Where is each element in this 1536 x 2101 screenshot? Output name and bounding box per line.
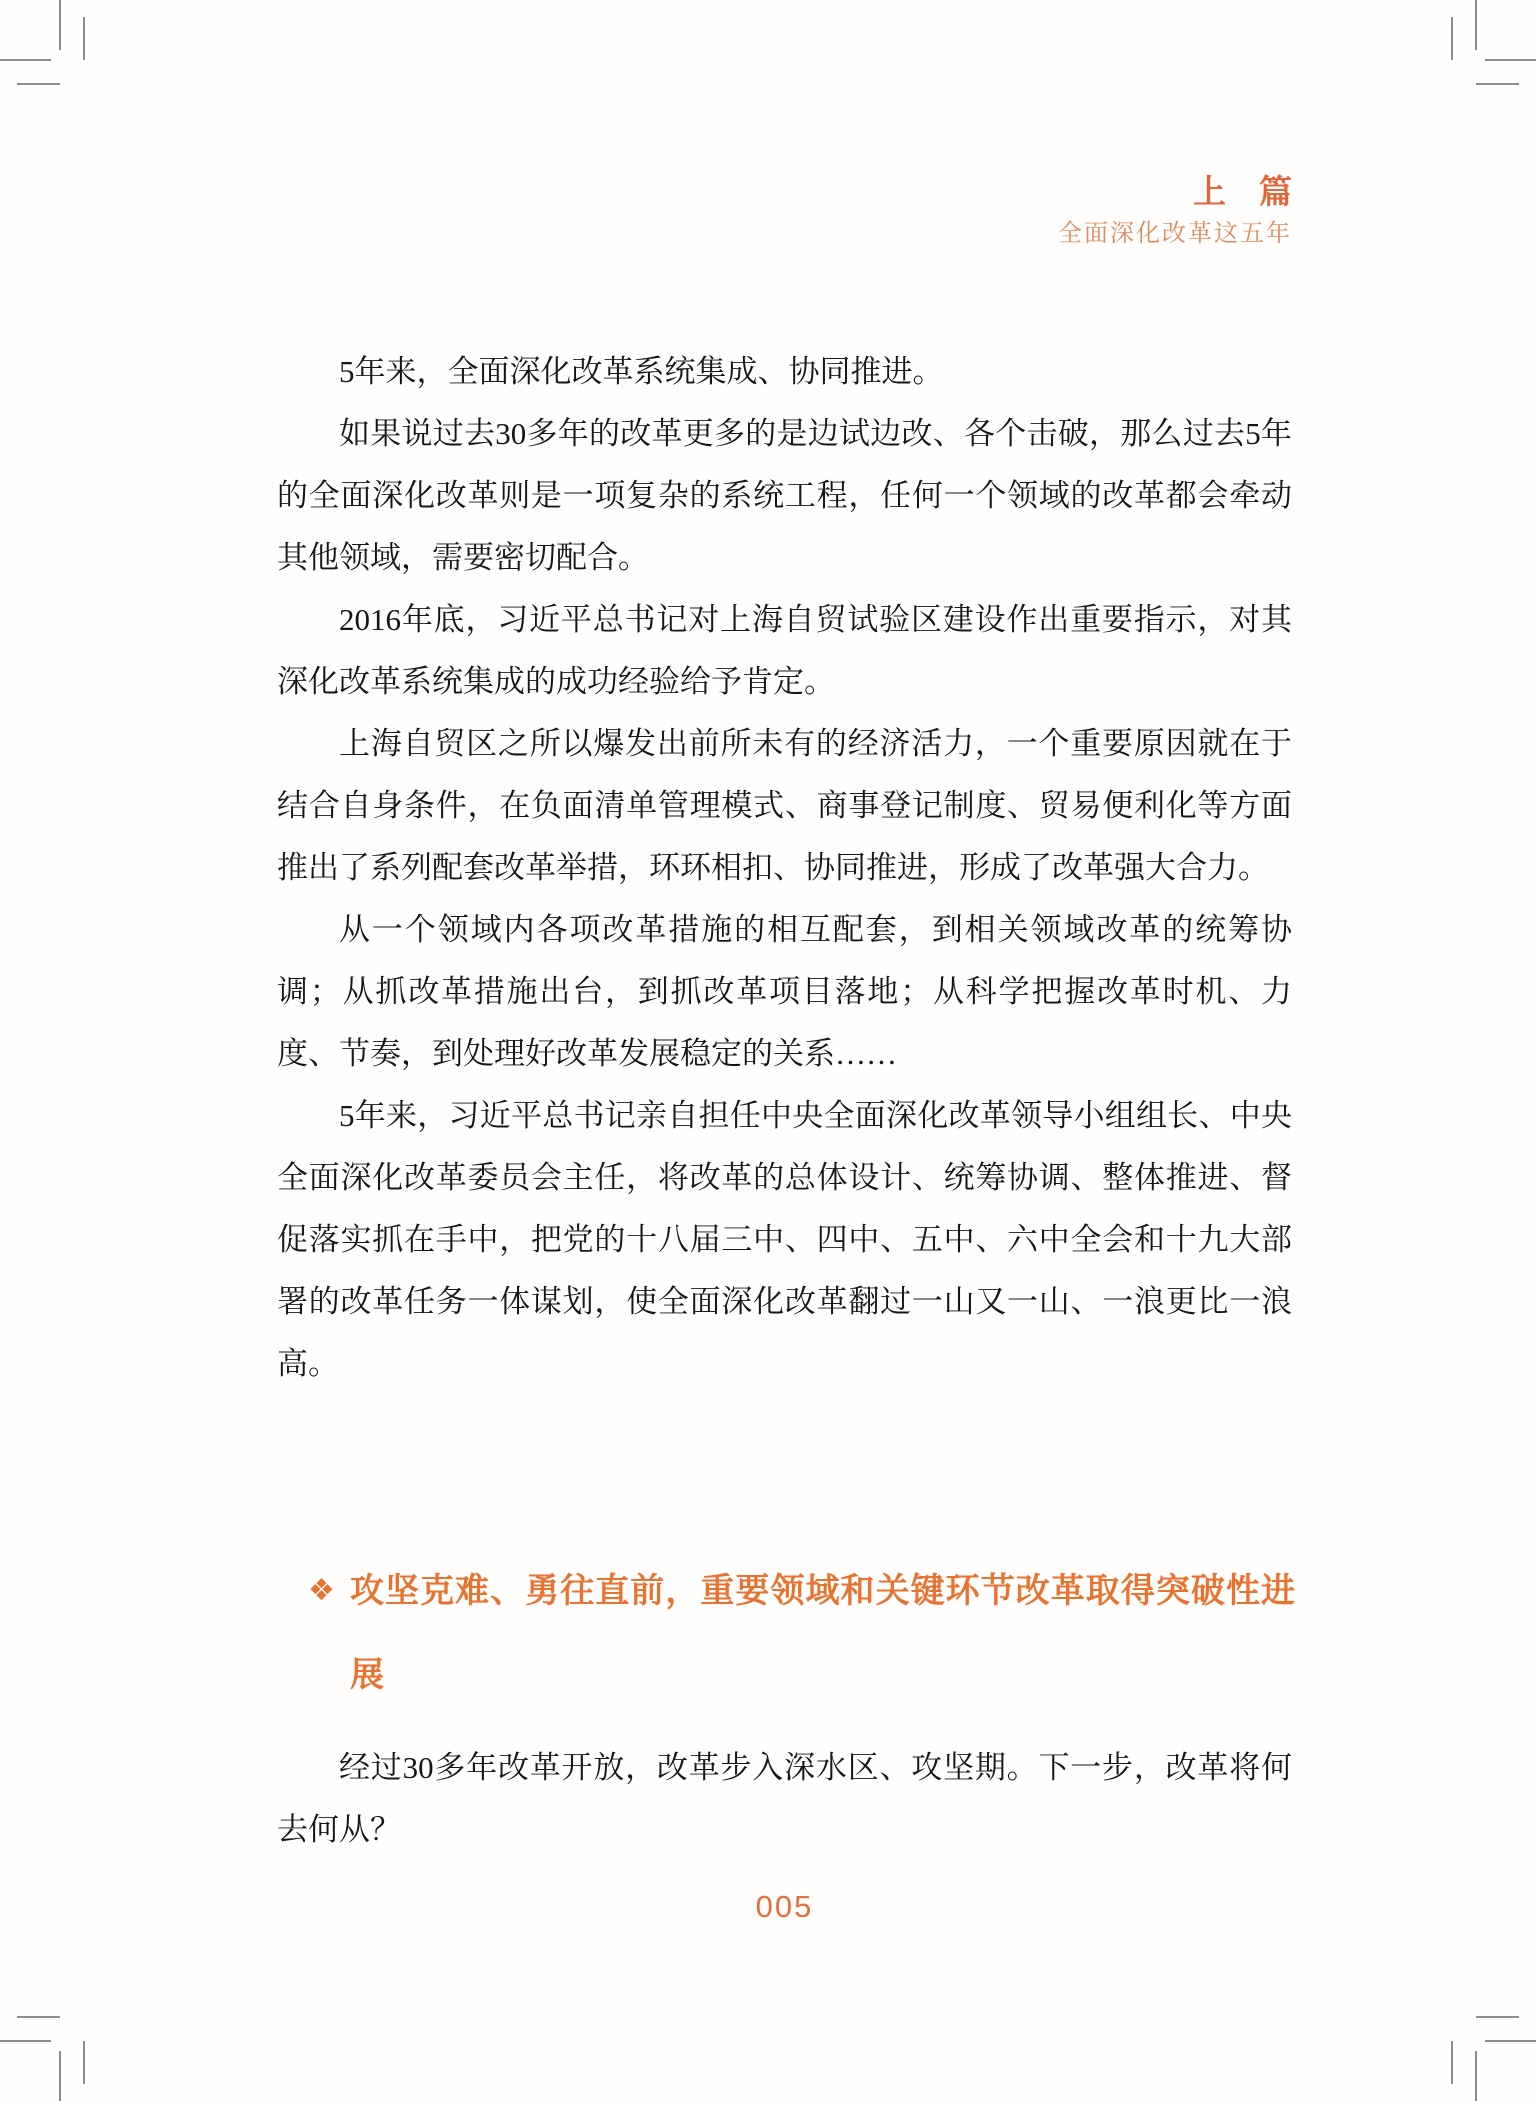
running-head: 上 篇 全面深化改革这五年 (1058, 176, 1292, 248)
body-text-block: 5年来，全面深化改革系统集成、协同推进。 如果说过去30多年的改革更多的是边试边… (277, 341, 1292, 1395)
crop-mark (83, 2041, 85, 2084)
crop-mark (17, 2016, 60, 2018)
page-number: 005 (277, 1889, 1292, 1925)
crop-mark (1485, 2040, 1536, 2042)
crop-mark (1476, 2016, 1519, 2018)
crop-mark (83, 17, 85, 60)
paragraph: 经过30多年改革开放，改革步入深水区、攻坚期。下一步，改革将何去何从？ (277, 1737, 1292, 1861)
book-title: 全面深化改革这五年 (1058, 220, 1292, 248)
crop-mark (1451, 2041, 1453, 2084)
paragraph: 如果说过去30多年的改革更多的是边试边改、各个击破，那么过去5年的全面深化改革则… (277, 403, 1292, 589)
crop-mark (59, 2051, 61, 2101)
part-label: 上 篇 (1058, 176, 1292, 210)
crop-mark (0, 2040, 51, 2042)
crop-mark (1475, 0, 1477, 50)
section-heading-text: 攻坚克难、勇往直前，重要领域和关键环节改革取得突破性进展 (350, 1549, 1295, 1717)
section-heading: ❖ 攻坚克难、勇往直前，重要领域和关键环节改革取得突破性进展 (308, 1549, 1308, 1717)
crop-mark (1476, 83, 1519, 85)
closing-text-block: 经过30多年改革开放，改革步入深水区、攻坚期。下一步，改革将何去何从？ (277, 1737, 1292, 1861)
book-page: 上 篇 全面深化改革这五年 5年来，全面深化改革系统集成、协同推进。 如果说过去… (0, 0, 1536, 2101)
crop-mark (59, 0, 61, 50)
crop-mark (17, 83, 60, 85)
crop-mark (0, 59, 51, 61)
paragraph: 2016年底，习近平总书记对上海自贸试验区建设作出重要指示，对其深化改革系统集成… (277, 589, 1292, 713)
crop-mark (1451, 17, 1453, 60)
paragraph: 5年来，习近平总书记亲自担任中央全面深化改革领导小组组长、中央全面深化改革委员会… (277, 1085, 1292, 1395)
paragraph: 从一个领域内各项改革措施的相互配套，到相关领域改革的统筹协调；从抓改革措施出台，… (277, 899, 1292, 1085)
paragraph: 上海自贸区之所以爆发出前所未有的经济活力，一个重要原因就在于结合自身条件，在负面… (277, 713, 1292, 899)
diamond-bullet-icon: ❖ (308, 1549, 350, 1633)
paragraph: 5年来，全面深化改革系统集成、协同推进。 (277, 341, 1292, 403)
crop-mark (1475, 2051, 1477, 2101)
crop-mark (1485, 59, 1536, 61)
